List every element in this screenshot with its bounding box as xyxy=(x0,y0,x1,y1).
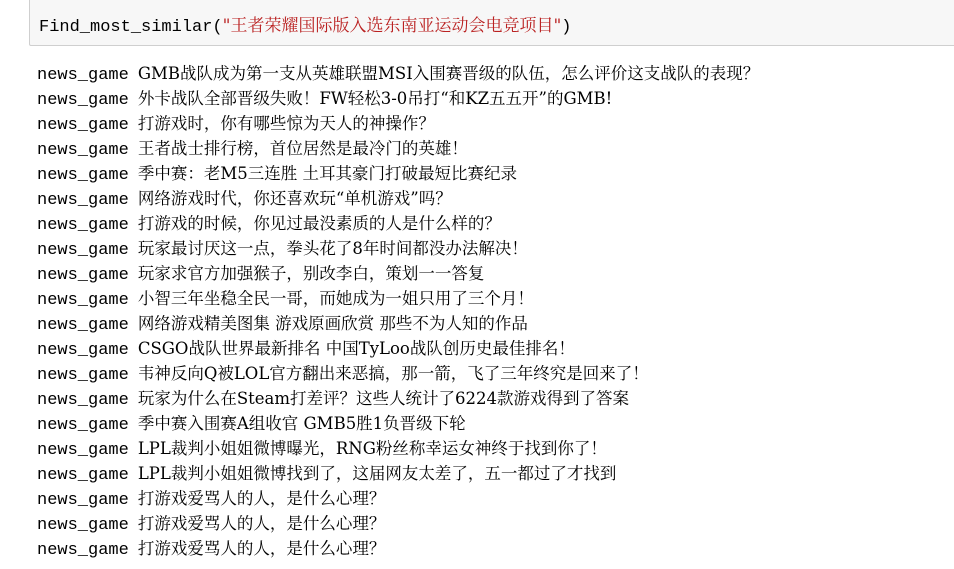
category-label: news_game xyxy=(37,416,129,435)
news-title: 打游戏时，你有哪些惊为天人的神操作？ xyxy=(138,114,435,133)
category-label: news_game xyxy=(37,166,129,185)
cell-output: news_gameGMB战队成为第一支从英雄联盟MSI入围赛晋级的队伍，怎么评价… xyxy=(37,61,759,561)
category-label: news_game xyxy=(37,191,129,210)
news-title: 打游戏的时候，你见过最没素质的人是什么样的？ xyxy=(138,214,501,233)
news-title: 打游戏爱骂人的人，是什么心理？ xyxy=(138,489,386,508)
news-title: 王者战士排行榜，首位居然是最冷门的英雄！ xyxy=(138,139,468,158)
category-label: news_game xyxy=(37,216,129,235)
news-title: 小智三年坐稳全民一哥，而她成为一姐只用了三个月！ xyxy=(138,289,534,308)
category-label: news_game xyxy=(37,391,129,410)
news-title: 打游戏爱骂人的人，是什么心理？ xyxy=(138,514,386,533)
news-title: LPL裁判小姐姐微博曝光，RNG粉丝称幸运女神终于找到你了！ xyxy=(138,439,607,458)
category-label: news_game xyxy=(37,91,129,110)
category-label: news_game xyxy=(37,441,129,460)
news-title: 玩家为什么在Steam打差评？这些人统计了6224款游戏得到了答案 xyxy=(138,389,629,408)
output-row: news_game玩家求官方加强猴子，别改李白，策划一一答复 xyxy=(37,261,759,286)
output-row: news_game打游戏的时候，你见过最没素质的人是什么样的？ xyxy=(37,211,759,236)
category-label: news_game xyxy=(37,291,129,310)
news-title: 韦神反向Q被LOL官方翻出来恶搞，那一箭，飞了三年终究是回来了！ xyxy=(138,364,649,383)
output-row: news_game打游戏爱骂人的人，是什么心理？ xyxy=(37,511,759,536)
output-row: news_game打游戏爱骂人的人，是什么心理？ xyxy=(37,486,759,511)
news-title: 玩家求官方加强猴子，别改李白，策划一一答复 xyxy=(138,264,485,283)
output-row: news_game小智三年坐稳全民一哥，而她成为一姐只用了三个月！ xyxy=(37,286,759,311)
news-title: 网络游戏时代，你还喜欢玩“单机游戏”吗？ xyxy=(138,189,452,208)
category-label: news_game xyxy=(37,241,129,260)
output-row: news_game季中赛：老M5三连胜 土耳其豪门打破最短比赛纪录 xyxy=(37,161,759,186)
output-row: news_gameGMB战队成为第一支从英雄联盟MSI入围赛晋级的队伍，怎么评价… xyxy=(37,61,759,86)
function-call: Find_most_similar( xyxy=(39,18,223,37)
code-line[interactable]: Find_most_similar("王者荣耀国际版入选东南亚运动会电竞项目") xyxy=(39,11,571,37)
output-row: news_game打游戏爱骂人的人，是什么心理？ xyxy=(37,536,759,561)
output-row: news_gameLPL裁判小姐姐微博曝光，RNG粉丝称幸运女神终于找到你了！ xyxy=(37,436,759,461)
category-label: news_game xyxy=(37,491,129,510)
news-title: 季中赛入围赛A组收官 GMB5胜1负晋级下轮 xyxy=(138,414,466,433)
output-row: news_game外卡战队全部晋级失败！FW轻松3-0吊打“和KZ五五开”的GM… xyxy=(37,86,759,111)
news-title: 外卡战队全部晋级失败！FW轻松3-0吊打“和KZ五五开”的GMB! xyxy=(138,89,612,108)
output-row: news_game季中赛入围赛A组收官 GMB5胜1负晋级下轮 xyxy=(37,411,759,436)
category-label: news_game xyxy=(37,141,129,160)
news-title: 玩家最讨厌这一点，拳头花了8年时间都没办法解决！ xyxy=(138,239,528,258)
output-row: news_game打游戏时，你有哪些惊为天人的神操作？ xyxy=(37,111,759,136)
string-argument: "王者荣耀国际版入选东南亚运动会电竞项目" xyxy=(223,16,562,36)
category-label: news_game xyxy=(37,116,129,135)
category-label: news_game xyxy=(37,466,129,485)
output-row: news_gameLPL裁判小姐姐微博找到了，这届网友太差了，五一都过了才找到 xyxy=(37,461,759,486)
news-title: GMB战队成为第一支从英雄联盟MSI入围赛晋级的队伍，怎么评价这支战队的表现？ xyxy=(138,64,759,83)
output-row: news_game玩家为什么在Steam打差评？这些人统计了6224款游戏得到了… xyxy=(37,386,759,411)
output-row: news_game网络游戏时代，你还喜欢玩“单机游戏”吗？ xyxy=(37,186,759,211)
news-title: CSGO战队世界最新排名 中国TyLoo战队创历史最佳排名！ xyxy=(138,339,575,358)
output-row: news_gameCSGO战队世界最新排名 中国TyLoo战队创历史最佳排名！ xyxy=(37,336,759,361)
category-label: news_game xyxy=(37,541,129,560)
category-label: news_game xyxy=(37,341,129,360)
output-row: news_game玩家最讨厌这一点，拳头花了8年时间都没办法解决！ xyxy=(37,236,759,261)
news-title: 网络游戏精美图集 游戏原画欣赏 那些不为人知的作品 xyxy=(138,314,528,333)
category-label: news_game xyxy=(37,66,129,85)
category-label: news_game xyxy=(37,366,129,385)
output-row: news_game韦神反向Q被LOL官方翻出来恶搞，那一箭，飞了三年终究是回来了… xyxy=(37,361,759,386)
output-row: news_game网络游戏精美图集 游戏原画欣赏 那些不为人知的作品 xyxy=(37,311,759,336)
category-label: news_game xyxy=(37,316,129,335)
news-title: 季中赛：老M5三连胜 土耳其豪门打破最短比赛纪录 xyxy=(138,164,517,183)
category-label: news_game xyxy=(37,266,129,285)
news-title: 打游戏爱骂人的人，是什么心理？ xyxy=(138,539,386,558)
code-input-cell[interactable]: Find_most_similar("王者荣耀国际版入选东南亚运动会电竞项目") xyxy=(29,0,954,46)
news-title: LPL裁判小姐姐微博找到了，这届网友太差了，五一都过了才找到 xyxy=(138,464,617,483)
output-row: news_game王者战士排行榜，首位居然是最冷门的英雄！ xyxy=(37,136,759,161)
category-label: news_game xyxy=(37,516,129,535)
closing-paren: ) xyxy=(561,18,571,37)
